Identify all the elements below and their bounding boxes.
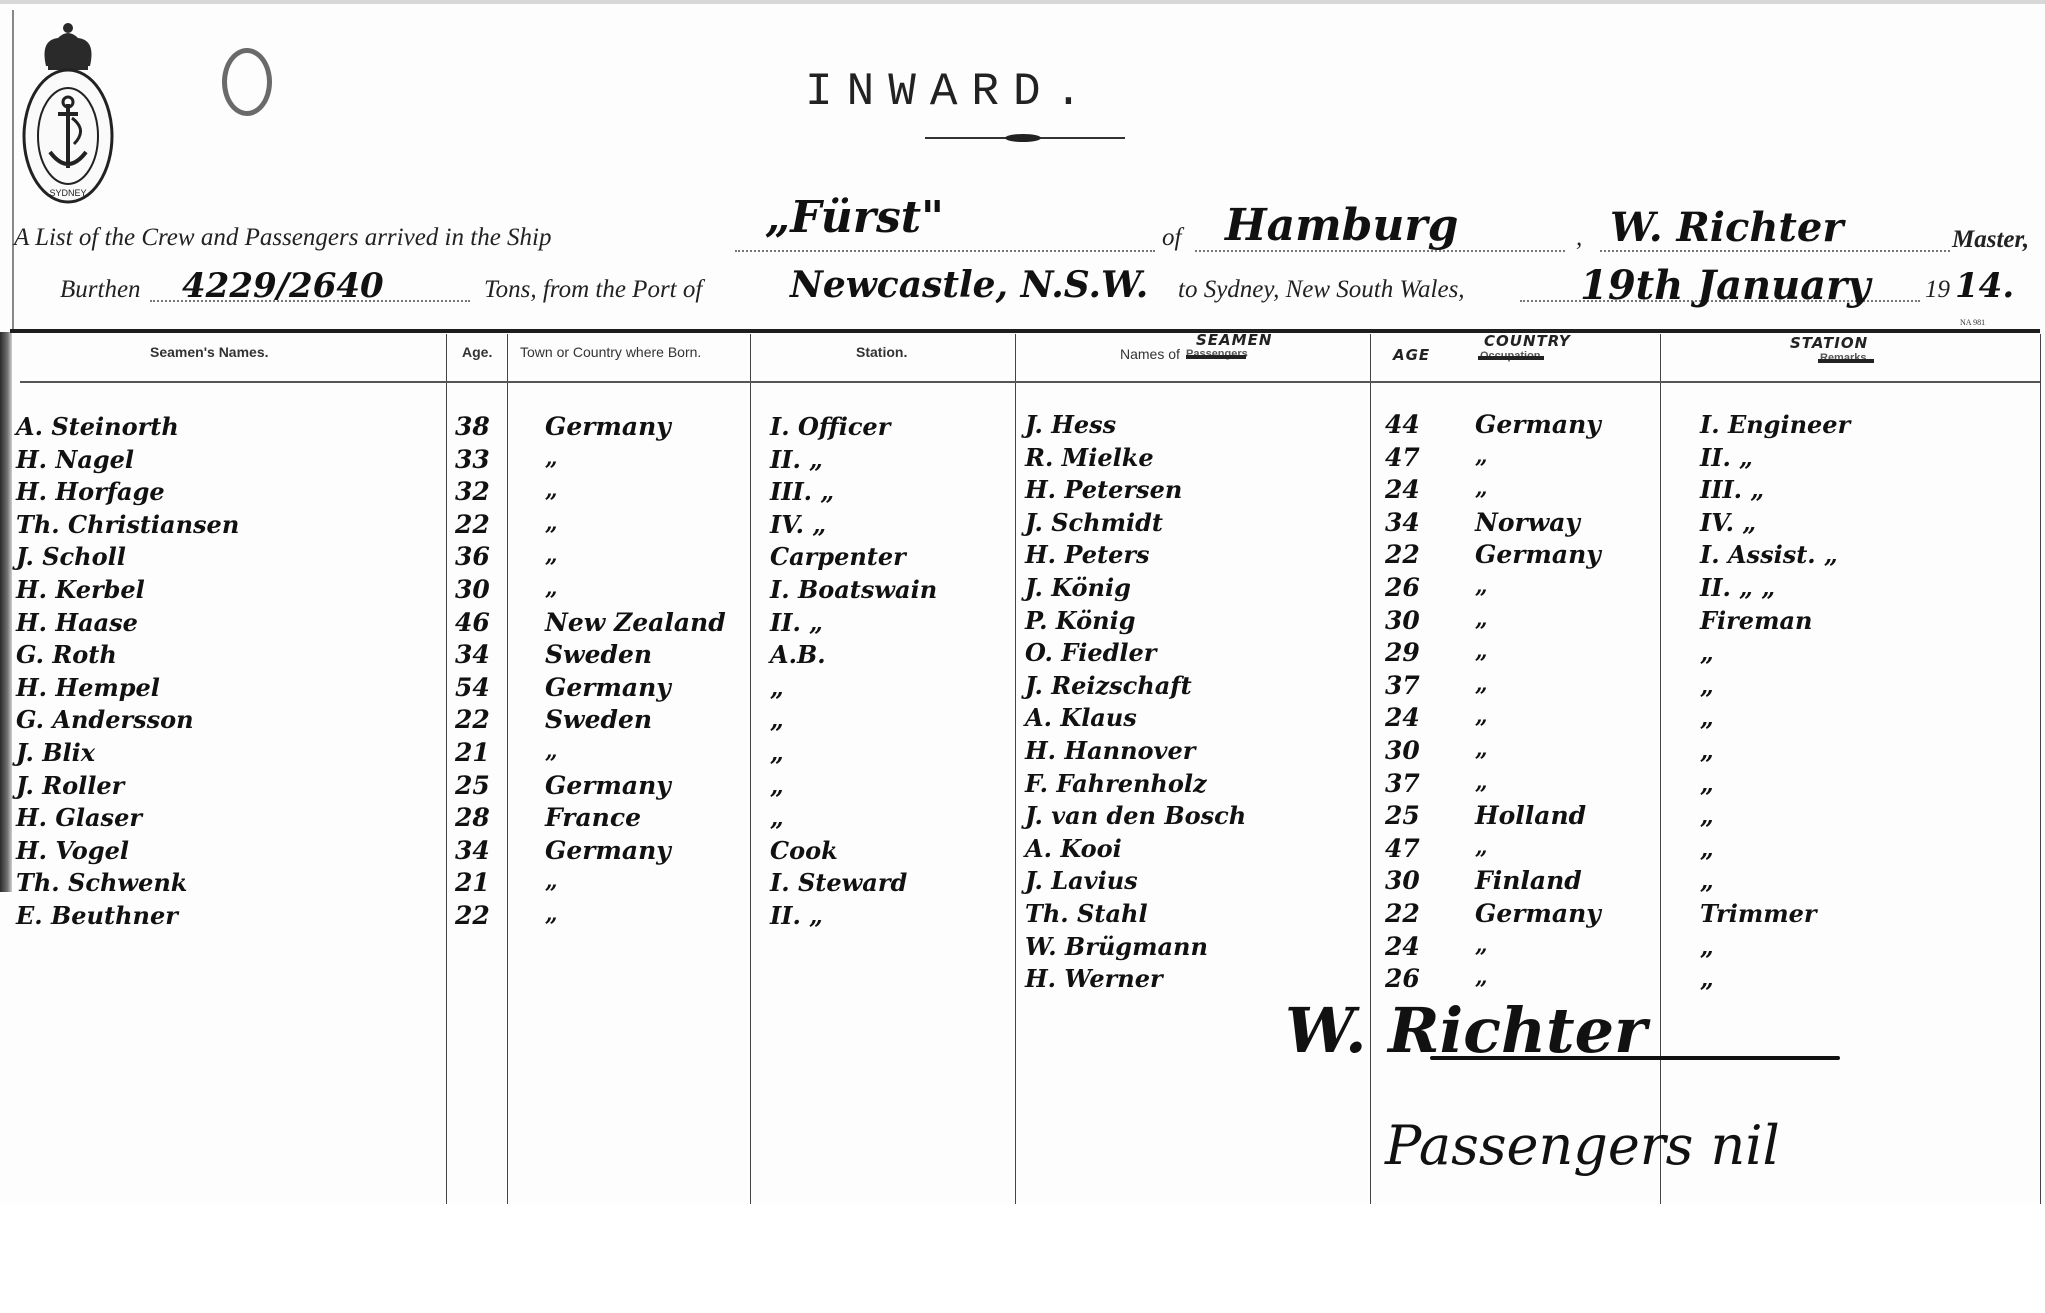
row-name: F. Fahrenholz: [1025, 769, 1207, 798]
col-header-country-handwritten: COUNTRY: [1484, 332, 1571, 350]
year-suffix: 14.: [1955, 266, 2014, 306]
row-name: H. Werner: [1025, 964, 1163, 993]
row-age: 26: [1385, 964, 1420, 993]
signature-underline: [1430, 1056, 1840, 1060]
shipping-masters-crest-icon: SYDNEY: [18, 18, 118, 208]
col-header-station-handwritten: STATION: [1790, 334, 1868, 352]
comma: ,: [1576, 224, 1582, 252]
row-age: 30: [1385, 606, 1420, 635]
row-age: 30: [1385, 736, 1420, 765]
row-station: Fireman: [1700, 606, 1812, 635]
row-age: 22: [455, 901, 490, 930]
col-header-seamens-names: Seamen's Names.: [150, 344, 269, 360]
row-country: Germany: [1475, 410, 1601, 439]
document-page: SYDNEY INWARD. A List of the Crew and Pa…: [0, 4, 2045, 1204]
row-name: H. Glaser: [16, 803, 142, 832]
row-name: H. Haase: [16, 608, 138, 637]
row-born: Germany: [545, 673, 671, 702]
row-country: „: [1475, 475, 1488, 501]
col-header-age: Age.: [462, 344, 492, 360]
row-country: Norway: [1475, 508, 1580, 537]
row-country: „: [1475, 964, 1488, 990]
col-header-born: Town or Country where Born.: [520, 344, 701, 360]
row-name: J. Hess: [1025, 410, 1116, 439]
row-age: 24: [1385, 932, 1420, 961]
row-name: Th. Christiansen: [16, 510, 239, 539]
row-station: „: [1700, 638, 1714, 667]
of-label: of: [1162, 224, 1181, 252]
row-station: II. „: [770, 901, 823, 930]
to-sydney-label: to Sydney, New South Wales,: [1178, 276, 1465, 304]
tons-label: Tons, from the Port of: [484, 276, 702, 304]
row-country: „: [1475, 443, 1488, 469]
row-country: „: [1475, 606, 1488, 632]
col-divider: [507, 334, 508, 1204]
row-age: 22: [1385, 899, 1420, 928]
row-age: 46: [455, 608, 490, 637]
row-age: 38: [455, 412, 490, 441]
row-country: Germany: [1475, 540, 1601, 569]
row-name: H. Hannover: [1025, 736, 1195, 765]
row-age: 36: [455, 542, 490, 571]
row-born: „: [545, 738, 558, 764]
strikethrough: [1818, 359, 1874, 363]
row-age: 28: [455, 803, 490, 832]
row-name: R. Mielke: [1025, 443, 1154, 472]
row-station: „: [770, 771, 784, 800]
row-name: Th. Stahl: [1025, 899, 1148, 928]
row-name: O. Fiedler: [1025, 638, 1156, 667]
year-prefix: 19: [1925, 276, 1950, 304]
row-name: H. Nagel: [16, 445, 134, 474]
row-born: Sweden: [545, 705, 652, 734]
row-age: 22: [455, 510, 490, 539]
col-divider: [446, 334, 447, 1204]
row-name: G. Andersson: [16, 705, 194, 734]
row-station: „: [1700, 671, 1714, 700]
row-country: „: [1475, 573, 1488, 599]
burthen-value: 4229/2640: [182, 266, 384, 306]
left-margin-rule: [12, 10, 14, 330]
ship-name-value: „Fürst": [765, 192, 944, 243]
row-name: H. Kerbel: [16, 575, 145, 604]
row-age: 30: [455, 575, 490, 604]
row-station: „: [1700, 866, 1714, 895]
svg-text:SYDNEY: SYDNEY: [49, 188, 86, 198]
row-born: „: [545, 510, 558, 536]
row-country: „: [1475, 671, 1488, 697]
from-port-value: Newcastle, N.S.W.: [790, 264, 1148, 306]
row-country: „: [1475, 736, 1488, 762]
page-title: INWARD.: [805, 66, 1096, 118]
row-name: W. Brügmann: [1025, 932, 1208, 961]
row-name: A. Klaus: [1025, 703, 1137, 732]
row-station: I. Steward: [770, 868, 907, 897]
row-station: „: [1700, 834, 1714, 863]
row-age: 25: [455, 771, 490, 800]
row-age: 32: [455, 477, 490, 506]
header-bottom-rule: [20, 381, 2040, 383]
row-name: J. Scholl: [16, 542, 126, 571]
row-age: 34: [455, 836, 490, 865]
row-station: I. Engineer: [1700, 410, 1850, 439]
row-name: H. Vogel: [16, 836, 129, 865]
row-station: IV. „: [770, 510, 826, 539]
strikethrough: [1186, 355, 1246, 359]
strikethrough: [1478, 356, 1544, 360]
row-age: 25: [1385, 801, 1420, 830]
row-name: J. König: [1025, 573, 1131, 602]
master-label: Master,: [1952, 226, 2029, 254]
row-age: 30: [1385, 866, 1420, 895]
form-number: NA 981: [1960, 318, 1985, 327]
date-value: 19th January: [1580, 262, 1870, 309]
row-name: H. Horfage: [16, 477, 165, 506]
row-age: 29: [1385, 638, 1420, 667]
row-age: 37: [1385, 769, 1420, 798]
master-name-value: W. Richter: [1610, 204, 1843, 251]
row-born: „: [545, 445, 558, 471]
row-age: 47: [1385, 443, 1420, 472]
row-station: II. „: [770, 445, 823, 474]
row-age: 22: [1385, 540, 1420, 569]
row-station: „: [1700, 736, 1714, 765]
row-station: I. Assist. „: [1700, 540, 1838, 569]
row-name: G. Roth: [16, 640, 117, 669]
row-age: 21: [455, 868, 490, 897]
row-country: Holland: [1475, 801, 1586, 830]
row-station: II. „ „: [1700, 573, 1775, 602]
row-born: New Zealand: [545, 608, 726, 637]
row-name: J. Lavius: [1025, 866, 1138, 895]
col-divider: [1015, 334, 1016, 1204]
row-station: „: [1700, 964, 1714, 993]
row-country: „: [1475, 769, 1488, 795]
row-station: III. „: [770, 477, 834, 506]
row-born: Sweden: [545, 640, 652, 669]
row-name: E. Beuthner: [16, 901, 178, 930]
col-divider: [1660, 334, 1661, 1204]
row-age: 24: [1385, 703, 1420, 732]
row-station: I. Boatswain: [770, 575, 937, 604]
row-country: „: [1475, 638, 1488, 664]
row-name: J. van den Bosch: [1025, 801, 1246, 830]
row-born: Germany: [545, 412, 671, 441]
row-age: 44: [1385, 410, 1420, 439]
row-name: A. Steinorth: [16, 412, 179, 441]
row-name: H. Peters: [1025, 540, 1150, 569]
row-country: „: [1475, 834, 1488, 860]
row-age: 26: [1385, 573, 1420, 602]
row-country: Germany: [1475, 899, 1601, 928]
row-born: Germany: [545, 836, 671, 865]
row-born: „: [545, 477, 558, 503]
row-station: Trimmer: [1700, 899, 1817, 928]
row-station: II. „: [1700, 443, 1753, 472]
row-born: „: [545, 868, 558, 894]
row-station: „: [1700, 769, 1714, 798]
row-name: J. Roller: [16, 771, 124, 800]
row-born: Germany: [545, 771, 671, 800]
ship-name-dotted-line: [735, 250, 1155, 252]
row-station: „: [770, 673, 784, 702]
row-station: A.B.: [770, 640, 826, 669]
row-station: IV. „: [1700, 508, 1756, 537]
row-age: 34: [455, 640, 490, 669]
row-station: Cook: [770, 836, 838, 865]
row-station: „: [1700, 703, 1714, 732]
col-divider: [2040, 334, 2041, 1204]
row-age: 21: [455, 738, 490, 767]
row-name: H. Petersen: [1025, 475, 1182, 504]
row-born: „: [545, 542, 558, 568]
row-name: J. Blix: [16, 738, 95, 767]
row-country: „: [1475, 932, 1488, 958]
row-age: 24: [1385, 475, 1420, 504]
header-line1-prefix: A List of the Crew and Passengers arrive…: [14, 224, 552, 252]
col-header-station: Station.: [856, 344, 907, 360]
title-ornament-rule: [925, 137, 1125, 139]
row-station: „: [770, 705, 784, 734]
row-station: Carpenter: [770, 542, 906, 571]
row-age: 37: [1385, 671, 1420, 700]
port-of-registry-value: Hamburg: [1225, 200, 1458, 251]
row-age: 47: [1385, 834, 1420, 863]
row-name: Th. Schwenk: [16, 868, 187, 897]
col-header-age-handwritten: AGE: [1393, 346, 1430, 364]
row-station: II. „: [770, 608, 823, 637]
burthen-label: Burthen: [60, 276, 141, 304]
row-country: „: [1475, 703, 1488, 729]
row-station: III. „: [1700, 475, 1764, 504]
col-header-seamen-handwritten: SEAMEN: [1196, 331, 1272, 349]
row-age: 22: [455, 705, 490, 734]
row-age: 54: [455, 673, 490, 702]
row-name: J. Reizschaft: [1025, 671, 1192, 700]
row-station: „: [1700, 801, 1714, 830]
row-station: I. Officer: [770, 412, 890, 441]
row-born: „: [545, 901, 558, 927]
row-age: 34: [1385, 508, 1420, 537]
row-station: „: [770, 738, 784, 767]
col-divider: [1370, 334, 1371, 1204]
row-age: 33: [455, 445, 490, 474]
header-heavy-rule: [10, 329, 2040, 333]
passengers-nil-note: Passengers nil: [1385, 1114, 1780, 1177]
row-born: France: [545, 803, 641, 832]
row-name: A. Kooi: [1025, 834, 1122, 863]
row-country: Finland: [1475, 866, 1582, 895]
row-born: „: [545, 575, 558, 601]
col-divider: [750, 334, 751, 1204]
binding-shadow: [0, 332, 12, 892]
row-name: P. König: [1025, 606, 1135, 635]
col-header-names-of: Names of: [1120, 346, 1180, 362]
row-name: H. Hempel: [16, 673, 160, 702]
row-station: „: [770, 803, 784, 832]
row-station: „: [1700, 932, 1714, 961]
punch-hole: [222, 48, 272, 116]
row-name: J. Schmidt: [1025, 508, 1163, 537]
